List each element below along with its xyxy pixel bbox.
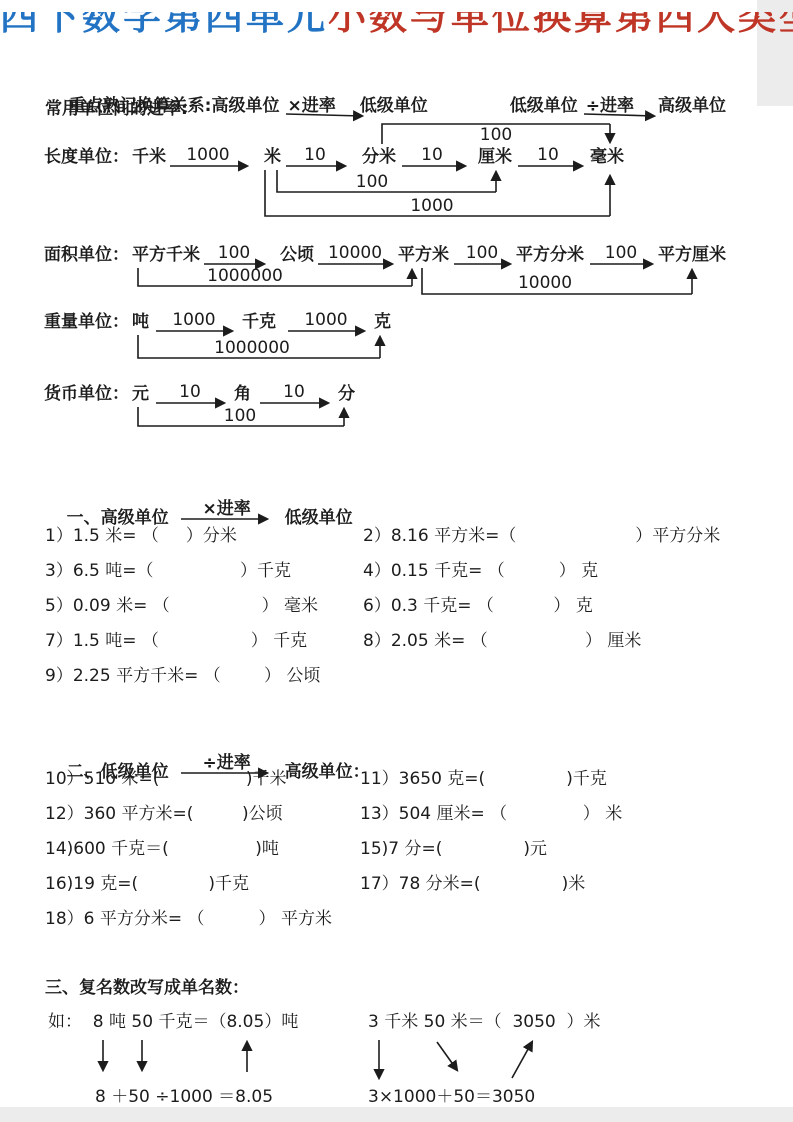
area-label: 面积单位：: [44, 244, 129, 265]
unit-m: 米: [264, 146, 281, 167]
section1-heading-suffix: 低级单位: [285, 508, 353, 528]
section3-example-right: 3 千米 50 米＝（ 3050 ）米: [368, 1012, 601, 1032]
skip-rate-top: 100: [480, 125, 512, 145]
rate-km2-ha: 100: [218, 243, 250, 263]
rate-m-dm: 10: [304, 145, 326, 165]
length-label: 长度单位：: [44, 146, 129, 167]
currency-units-diagram: 货币单位： 元 10 角 10 分 100: [40, 378, 480, 432]
skip-rate: 100: [224, 406, 256, 426]
title-part-1: 四下数学第四单元: [0, 12, 328, 38]
diagonal-down-arrow-icon: [437, 1042, 457, 1070]
skip-rate-left: 1000000: [207, 266, 283, 286]
weight-units-diagram: 重量单位： 吨 1000 千克 1000 克 1000000: [40, 306, 480, 366]
section1-heading-prefix: 一、高级单位: [67, 508, 169, 528]
title-part-2: 小数与单位换算: [328, 12, 615, 38]
exercise-item-3: 3）6.5 吨=（ ）千克: [45, 561, 291, 581]
weight-label: 重量单位：: [44, 311, 129, 332]
rule-low-unit-2: 低级单位: [510, 96, 578, 116]
exercise-item-8: 8）2.05 米= （ ） 厘米: [363, 631, 641, 651]
rule-high-unit: 高级单位: [212, 96, 280, 116]
exercise-item-13: 13）504 厘米= （ ） 米: [360, 804, 622, 824]
unit-yuan: 元: [132, 384, 149, 404]
exercise-item-7: 7）1.5 吨= （ ） 千克: [45, 631, 307, 651]
unit-km: 千米: [132, 146, 166, 167]
page-title-text: 四下数学第四单元小数与单位换算第四大类型特训: [0, 12, 793, 39]
rate-ton-kg: 1000: [172, 310, 215, 330]
rate-km-m: 1000: [186, 145, 229, 165]
title-part-3: 第四大类型: [615, 12, 793, 38]
rate-cm-mm: 10: [537, 145, 559, 165]
skip-rate-long: 1000: [410, 196, 453, 216]
unit-cm: 厘米: [477, 146, 512, 167]
multiply-rate-arrow: ×进率: [288, 96, 352, 116]
exercise-item-16: 16)19 克=( )千克: [45, 874, 249, 894]
exercise-item-17: 17）78 分米=( )米: [360, 874, 585, 894]
unit-mm: 毫米: [590, 146, 624, 167]
exercise-item-1: 1）1.5 米= （ ）分米: [45, 526, 237, 546]
exercise-item-12: 12）360 平方米=( )公顷: [45, 804, 283, 824]
common-rates-heading: 常用单位间的进率:: [45, 99, 188, 119]
exercise-item-14: 14)600 千克＝( )吨: [45, 839, 279, 859]
exercise-item-15: 15)7 分=( )元: [360, 839, 547, 859]
section3-heading: 三、复名数改写成单名数：: [45, 978, 249, 998]
right-arrow-icon: [179, 512, 275, 526]
section3-arrows: [40, 1038, 600, 1086]
exercise-item-5: 5）0.09 米= （ ） 毫米: [45, 596, 318, 616]
unit-ton: 吨: [132, 311, 149, 332]
skip-rate-mid: 100: [356, 172, 388, 192]
scan-artifact-bottom-strip: [0, 1107, 793, 1122]
unit-cm2: 平方厘米: [658, 244, 726, 265]
exercise-item-4: 4）0.15 千克= （ ） 克: [363, 561, 598, 581]
unit-jiao: 角: [234, 383, 251, 404]
skip-rate: 1000000: [214, 338, 290, 358]
exercise-item-11: 11）3650 克=( )千克: [360, 769, 607, 789]
section2-heading-suffix: 高级单位：: [285, 762, 370, 782]
rate-yuan-jiao: 10: [179, 382, 201, 402]
unit-dm: 分米: [362, 146, 396, 167]
rate-dm2-cm2: 100: [605, 243, 637, 263]
worksheet-page: 四下数学第四单元小数与单位换算第四大类型特训 重点熟记换算关系:高级单位×进率低…: [0, 0, 793, 1122]
unit-dm2: 平方分米: [516, 244, 584, 265]
section3-formula-left: 8 ＋50 ÷1000 ＝8.05: [95, 1087, 273, 1107]
rate-dm-cm: 10: [421, 145, 443, 165]
unit-m2: 平方米: [398, 244, 449, 265]
skip-rate-right: 10000: [518, 273, 572, 293]
unit-fen: 分: [338, 383, 355, 404]
area-units-diagram: 面积单位： 平方千米 100 公顷 10000 平方米 100 平方分米 100…: [40, 238, 740, 304]
section3-formula-right: 3×1000＋50＝3050: [368, 1087, 535, 1107]
unit-kg: 千克: [242, 311, 276, 332]
exercise-item-18: 18）6 平方分米= （ ） 平方米: [45, 909, 332, 929]
rate-kg-g: 1000: [304, 310, 347, 330]
diagonal-up-arrow-icon: [512, 1042, 532, 1078]
length-units-diagram: 长度单位： 千米 1000 米 10 分米 10 厘米 10 毫米 100 10…: [40, 118, 700, 236]
currency-label: 货币单位：: [44, 383, 129, 404]
rate-ha-m2: 10000: [328, 243, 382, 263]
unit-ha: 公顷: [280, 244, 314, 265]
exercise-item-6: 6）0.3 千克= （ ） 克: [363, 596, 593, 616]
exercise-item-10: 10）510 米=( )千米: [45, 769, 286, 789]
rate-m2-dm2: 100: [466, 243, 498, 263]
unit-km2: 平方千米: [132, 244, 200, 265]
exercise-item-2: 2）8.16 平方米=（ ）平方分米: [363, 526, 720, 546]
section3-example-left: 如： 8 吨 50 千克＝（8.05）吨: [48, 1012, 298, 1032]
divide-rate-arrow: ÷进率: [586, 96, 650, 116]
unit-g: 克: [374, 311, 391, 332]
rate-jiao-fen: 10: [283, 382, 305, 402]
page-title: 四下数学第四单元小数与单位换算第四大类型特训: [0, 12, 793, 45]
exercise-item-9: 9）2.25 平方千米= （ ） 公顷: [45, 666, 320, 686]
